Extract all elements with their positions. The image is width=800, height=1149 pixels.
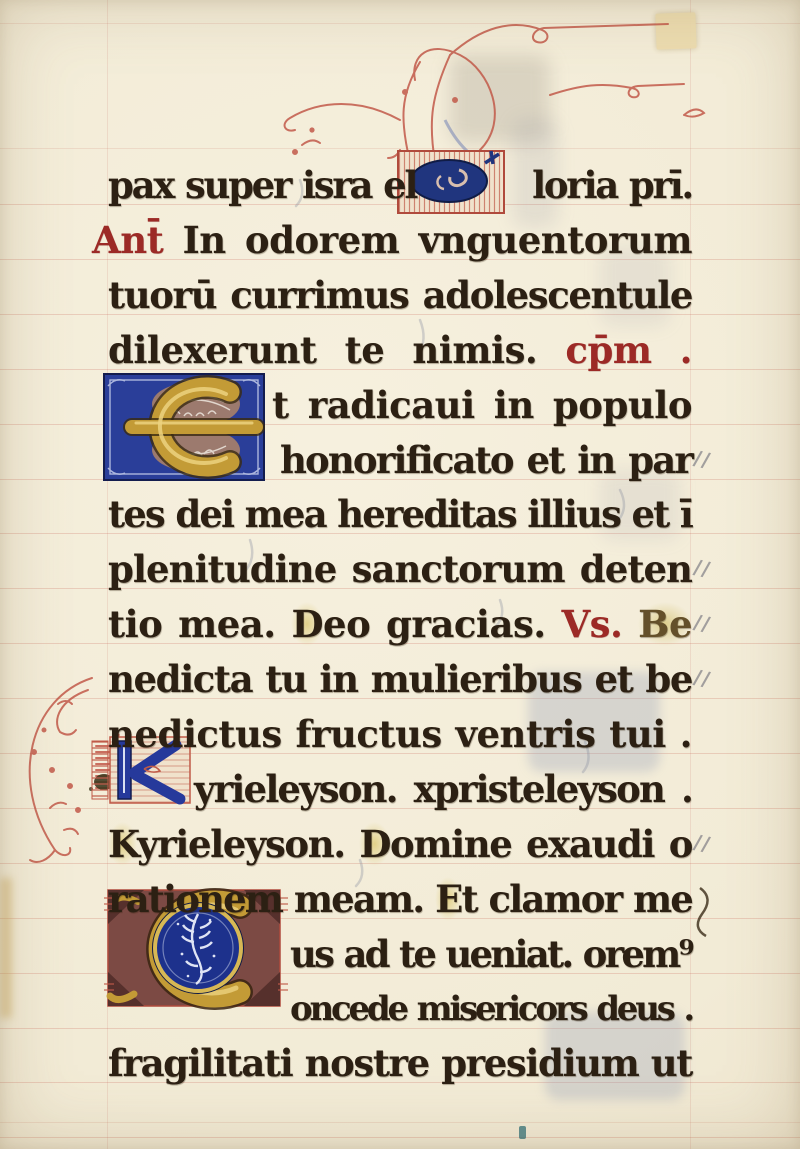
text-line-12: yrieleyson. xpristeleyson . [194,764,692,818]
text-segment: oncede misericors deus . [290,989,692,1029]
text-segment: cp̄m . [565,328,692,372]
text-segment: Vs. [561,602,622,646]
text-segment: tuorū currimus adolescentule [108,273,692,317]
pen-flourish-mark [698,888,708,936]
text-line-10: nedicta tu in mulieribus et be [108,654,692,708]
text-segment: D [291,602,323,646]
text-segment: us ad te ueniat. orem⁹ [290,932,692,976]
text-line-3: tuorū currimus adolescentule [108,270,692,324]
text-segment: nedicta tu in mulieribus et be [108,657,692,701]
text-segment: rationem meam. [108,877,435,921]
text-segment: fragilitati nostre presidium ut [108,1041,692,1085]
text-line-14: rationem meam. Et clamor me [108,874,692,928]
text-line-15: us ad te ueniat. orem⁹ [290,929,692,983]
text-segment: t clamor me [461,877,692,921]
text-segment: Be [638,602,692,646]
initial-gap [416,196,532,198]
text-segment: honorificato et in par [280,438,692,482]
text-segment: omine exaudi o [390,822,692,866]
text-segment: D [359,822,390,866]
text-segment: K [108,822,137,866]
text-segment: Ant̄ [92,218,182,262]
text-segment: loria prī. [532,163,692,207]
text-line-13: Kyrieleyson. Domine exaudi o [108,819,692,873]
text-segment: pax super isra el [108,163,416,207]
text-line-16: oncede misericors deus . [290,984,692,1038]
text-segment: yrieleyson. xpristeleyson . [194,767,692,811]
text-segment: eo gracias. [323,602,561,646]
text-line-9: tio mea. Deo gracias. Vs. Be [108,599,692,653]
text-line-1: pax super isra elloria prī. [108,160,692,214]
text-segment: tio mea. [108,602,291,646]
text-segment: plenitudine sanctorum deten [108,547,692,591]
text-segment: dilexerunt te nimis. [108,328,565,372]
text-segment [622,602,638,646]
text-line-5: t radicaui in populo [272,380,692,434]
text-line-4: dilexerunt te nimis. cp̄m . [108,325,692,379]
text-segment: t radicaui in populo [272,383,692,427]
text-segment: tes dei mea hereditas illius et ī [108,492,692,536]
text-line-11: nedictus fructus ventris tui . [108,709,692,763]
text-segment: E [435,877,461,921]
text-segment: nedictus fructus ventris tui . [108,712,692,756]
text-line-2: Ant̄ In odorem vnguentorum [92,215,692,269]
text-line-17: fragilitati nostre presidium ut [108,1038,692,1092]
text-line-8: plenitudine sanctorum deten [108,544,692,598]
text-line-6: honorificato et in par [280,435,692,489]
text-segment: yrieleyson. [137,822,359,866]
manuscript-page: pax super isra elloria prī.Ant̄ In odore… [0,0,800,1149]
text-line-7: tes dei mea hereditas illius et ī [108,489,692,543]
text-segment: In odorem vnguentorum [182,218,692,262]
